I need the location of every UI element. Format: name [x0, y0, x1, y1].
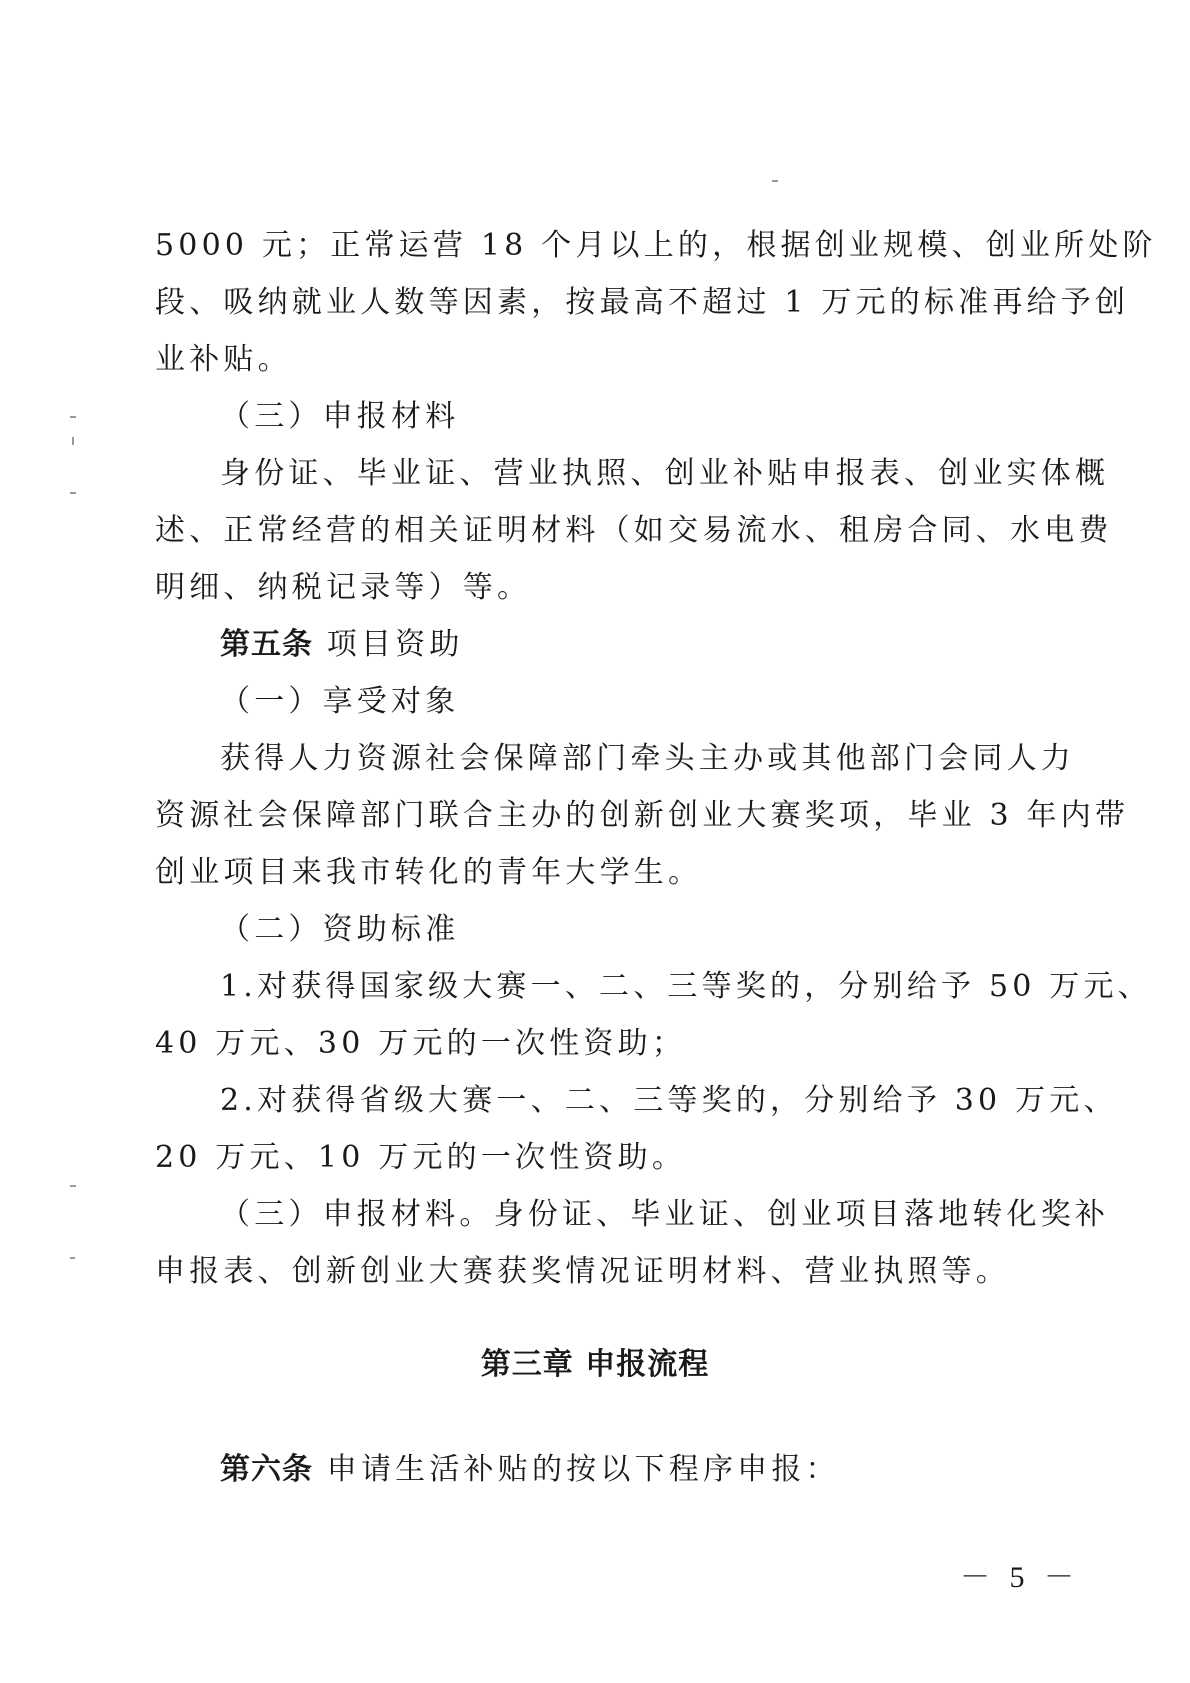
paragraph-line: 明细、纳税记录等）等。 [155, 568, 1035, 608]
page-number: － 5 － [960, 1560, 1080, 1596]
paragraph-line: 身份证、毕业证、营业执照、创业补贴申报表、创业实体概 [220, 454, 1035, 494]
subsection-heading: （一）享受对象 [220, 682, 1035, 722]
article-label: 第五条 [220, 627, 313, 662]
article-heading-5: 第五条 项目资助 [220, 625, 1035, 665]
paragraph-line: 5000 元；正常运营 18 个月以上的，根据创业规模、创业所处阶 [155, 226, 1035, 266]
paragraph-line: 1.对获得国家级大赛一、二、三等奖的，分别给予 50 万元、 [220, 967, 1035, 1007]
scan-artifact [70, 416, 76, 418]
scan-artifact [72, 437, 74, 445]
paragraph-line: 20 万元、10 万元的一次性资助。 [155, 1138, 1035, 1178]
article-heading-6: 第六条 申请生活补贴的按以下程序申报： [220, 1450, 1035, 1490]
paragraph-line: 创业项目来我市转化的青年大学生。 [155, 853, 1035, 893]
paragraph-line: 述、正常经营的相关证明材料（如交易流水、租房合同、水电费 [155, 511, 1035, 551]
paragraph-line: 申报表、创新创业大赛获奖情况证明材料、营业执照等。 [155, 1252, 1035, 1292]
scan-artifact [70, 1185, 76, 1187]
paragraph-line: 获得人力资源社会保障部门牵头主办或其他部门会同人力 [220, 739, 1035, 779]
paragraph-line: 业补贴。 [155, 340, 1035, 380]
article-label: 第六条 [220, 1452, 313, 1487]
scan-artifact [772, 180, 778, 182]
article-title: 申请生活补贴的按以下程序申报： [327, 1452, 840, 1487]
subsection-heading: （二）资助标准 [220, 910, 1035, 950]
paragraph-line: （三）申报材料。身份证、毕业证、创业项目落地转化奖补 [220, 1195, 1035, 1235]
scan-artifact [70, 1257, 75, 1259]
subsection-heading: （三）申报材料 [220, 397, 1035, 437]
paragraph-line: 2.对获得省级大赛一、二、三等奖的，分别给予 30 万元、 [220, 1081, 1035, 1121]
chapter-heading: 第三章 申报流程 [0, 1345, 1190, 1385]
paragraph-line: 40 万元、30 万元的一次性资助； [155, 1024, 1035, 1064]
paragraph-line: 段、吸纳就业人数等因素，按最高不超过 1 万元的标准再给予创 [155, 283, 1035, 323]
scan-artifact [70, 492, 76, 494]
document-page: 5000 元；正常运营 18 个月以上的，根据创业规模、创业所处阶 段、吸纳就业… [0, 0, 1190, 1683]
paragraph-line: 资源社会保障部门联合主办的创新创业大赛奖项，毕业 3 年内带 [155, 796, 1035, 836]
article-title: 项目资助 [327, 627, 464, 662]
